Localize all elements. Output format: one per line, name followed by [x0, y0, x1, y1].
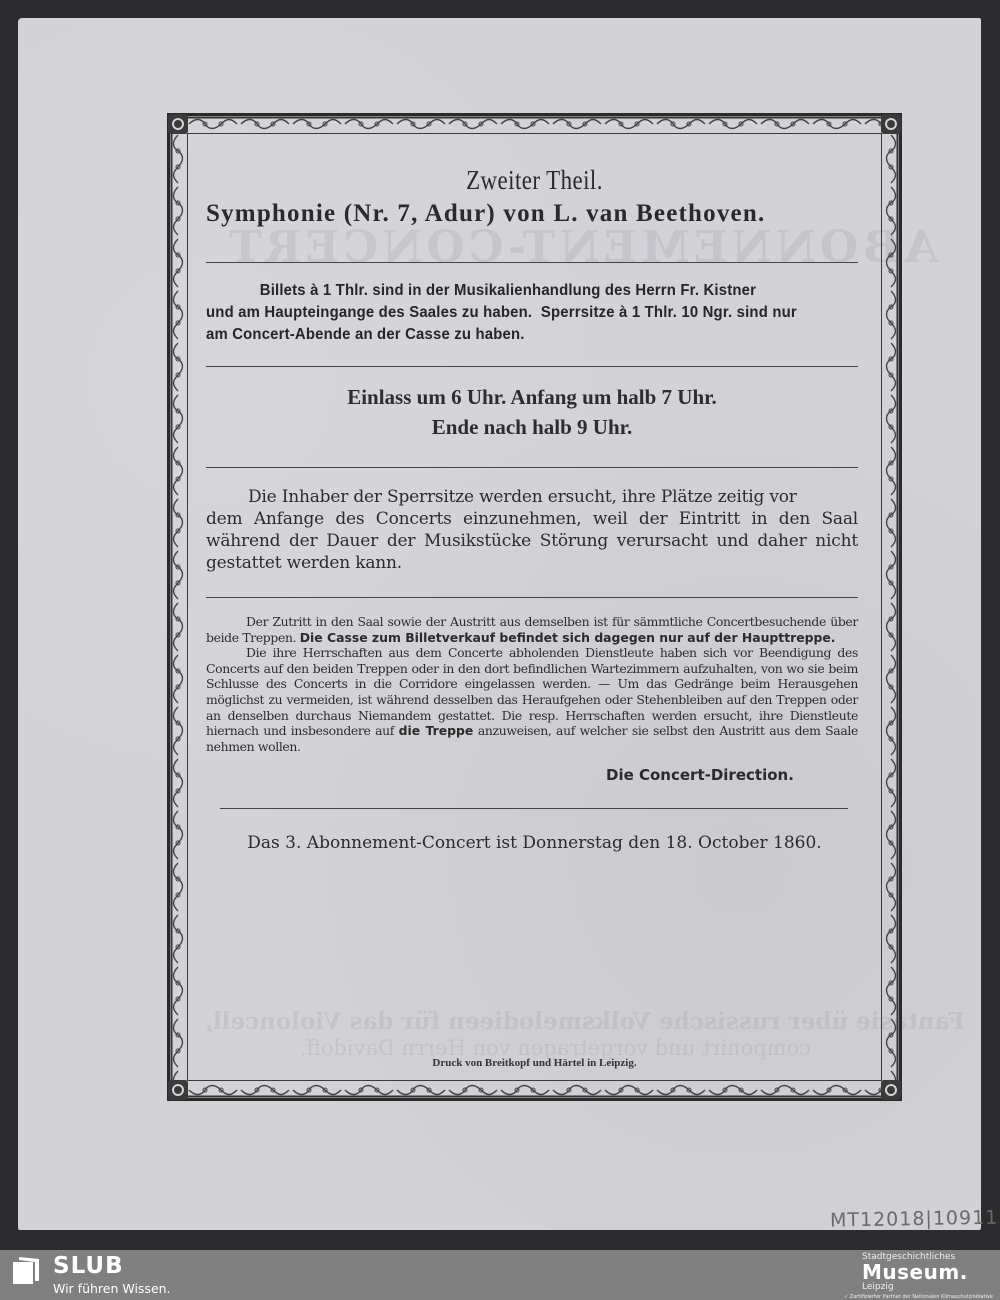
- slub-brand[interactable]: SLUB: [53, 1253, 124, 1279]
- ticket-info: Billets à 1 Thlr. sind in der Musikalien…: [206, 280, 832, 346]
- admission-time-line-2: Ende nach halb 9 Uhr.: [206, 412, 858, 442]
- ticket-info-line-1: Billets à 1 Thlr. sind in der Musikalien…: [206, 280, 832, 302]
- border-scroll-right-icon: [882, 133, 899, 1081]
- seat-holder-notice-body: dem Anfange des Concerts einzunehmen, we…: [206, 508, 858, 574]
- access-paragraph-2: Die ihre Herrschaften aus dem Concerte a…: [206, 645, 858, 754]
- signature: Die Concert-Direction.: [606, 766, 794, 784]
- border-scroll-left-icon: [170, 133, 187, 1081]
- divider: [206, 262, 858, 263]
- section-title: Zweiter Theil.: [222, 165, 847, 196]
- corner-rosette-icon: [168, 114, 188, 134]
- access-emphasis: die Treppe: [399, 723, 474, 738]
- slub-tagline: Wir führen Wissen.: [53, 1281, 171, 1296]
- printer-imprint: Druck von Breitkopf und Härtel in Leipzi…: [167, 1057, 902, 1069]
- access-paragraph-1: Der Zutritt in den Saal sowie der Austri…: [206, 614, 858, 645]
- seat-holder-notice: Die Inhaber der Sperrsitze werden ersuch…: [206, 486, 858, 574]
- ticket-info-line-2: und am Haupteingange des Saales zu haben…: [206, 302, 832, 324]
- corner-rosette-icon: [168, 1080, 188, 1100]
- border-scroll-bottom-icon: [187, 1081, 882, 1098]
- museum-line-2: Museum.: [862, 1262, 993, 1282]
- catalog-number: MT12018|109111: [830, 1206, 1000, 1231]
- next-concert-notice: Das 3. Abonnement-Concert ist Donnerstag…: [167, 833, 902, 853]
- museum-brand[interactable]: Stadtgeschichtliches Museum. Leipzig ✓ Z…: [862, 1252, 993, 1300]
- access-emphasis: Die Casse zum Billetverkauf befindet sic…: [300, 630, 836, 645]
- border-scroll-top-icon: [187, 116, 882, 133]
- divider: [206, 366, 858, 367]
- museum-certification-text: Zertifizierter Partner der Nationalen Kl…: [850, 1294, 993, 1300]
- ticket-info-line-3: am Concert-Abende an der Casse zu haben.: [206, 324, 832, 346]
- symphony-heading: Symphonie (Nr. 7, Adur) von L. van Beeth…: [206, 200, 765, 228]
- divider: [206, 597, 858, 598]
- footer-bar: SLUB Wir führen Wissen. Stadtgeschichtli…: [0, 1250, 1000, 1300]
- museum-certification: ✓ Zertifizierter Partner der Nationalen …: [844, 1294, 993, 1300]
- divider: [220, 808, 848, 809]
- divider: [206, 467, 858, 468]
- access-regulations: Der Zutritt in den Saal sowie der Austri…: [206, 614, 858, 754]
- admission-time-line-1: Einlass um 6 Uhr. Anfang um halb 7 Uhr.: [206, 382, 858, 412]
- corner-rosette-icon: [881, 1080, 901, 1100]
- border-inner-rule: [187, 133, 882, 1081]
- seat-holder-notice-lead: Die Inhaber der Sperrsitze werden ersuch…: [206, 486, 858, 508]
- slub-book-icon: [13, 1257, 40, 1284]
- corner-rosette-icon: [881, 114, 901, 134]
- admission-times: Einlass um 6 Uhr. Anfang um halb 7 Uhr. …: [206, 382, 858, 442]
